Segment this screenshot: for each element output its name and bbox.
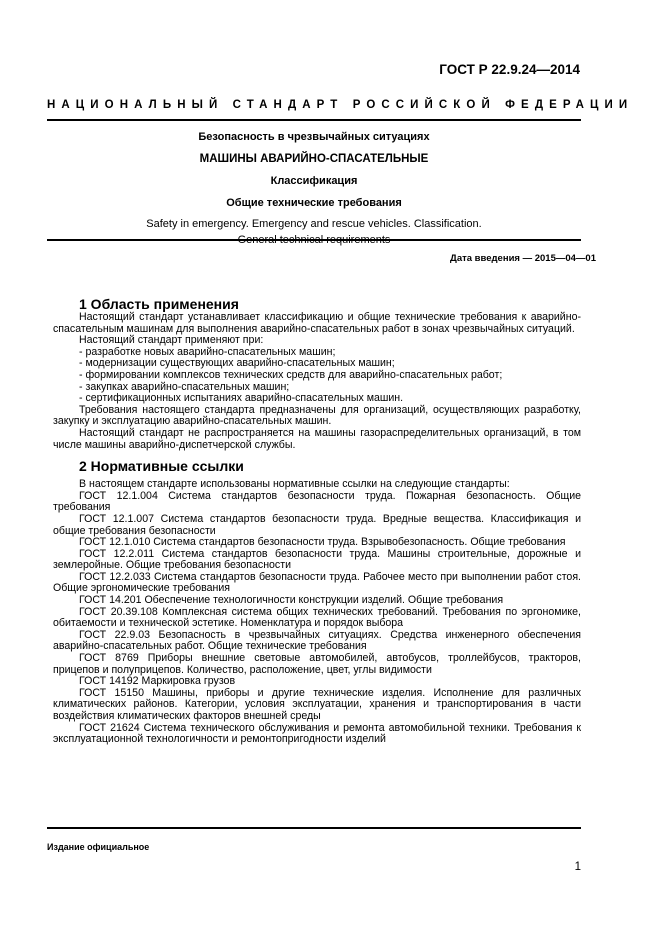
title-series: Безопасность в чрезвычайных ситуациях: [47, 130, 581, 144]
reference-item: ГОСТ 22.9.03 Безопасность в чрезвычайных…: [53, 630, 581, 653]
list-item: - сертификационных испытаниях аварийно-с…: [53, 393, 581, 405]
title-divider: [47, 239, 581, 241]
paragraph: Настоящий стандарт устанавливает классиф…: [53, 312, 581, 335]
reference-item: ГОСТ 15150 Машины, приборы и другие техн…: [53, 688, 581, 723]
reference-item: ГОСТ 12.2.033 Система стандартов безопас…: [53, 572, 581, 595]
reference-item: ГОСТ 14.201 Обеспечение технологичности …: [53, 595, 581, 607]
document-code: ГОСТ Р 22.9.24—2014: [439, 62, 580, 77]
document-body: 1 Область применения Настоящий стандарт …: [53, 296, 581, 746]
reference-item: ГОСТ 21624 Система технического обслужив…: [53, 723, 581, 746]
list-item: - формировании комплексов технических ср…: [53, 370, 581, 382]
paragraph: В настоящем стандарте использованы норма…: [53, 479, 581, 491]
title-main: МАШИНЫ АВАРИЙНО-СПАСАТЕЛЬНЫЕ: [47, 152, 581, 166]
reference-item: ГОСТ 8769 Приборы внешние световые автом…: [53, 653, 581, 676]
paragraph: Настоящий стандарт не распространяется н…: [53, 428, 581, 451]
introduction-date: Дата введения — 2015—04—01: [450, 253, 596, 264]
reference-item: ГОСТ 12.1.004 Система стандартов безопас…: [53, 491, 581, 514]
national-standard-banner: НАЦИОНАЛЬНЫЙ СТАНДАРТ РОССИЙСКОЙ ФЕДЕРАЦ…: [47, 99, 581, 111]
header-divider: [47, 119, 581, 121]
reference-item: ГОСТ 20.39.108 Комплексная система общих…: [53, 607, 581, 630]
footer-divider: [47, 827, 581, 829]
title-english-1: Safety in emergency. Emergency and rescu…: [47, 218, 581, 232]
page-number: 1: [575, 861, 581, 873]
paragraph: Требования настоящего стандарта предназн…: [53, 405, 581, 428]
section-heading-scope: 1 Область применения: [79, 296, 581, 312]
official-edition-label: Издание официальное: [47, 842, 149, 852]
document-page: ГОСТ Р 22.9.24—2014 НАЦИОНАЛЬНЫЙ СТАНДАР…: [0, 0, 661, 935]
title-sub2: Общие технические требования: [47, 196, 581, 210]
reference-item: ГОСТ 12.1.007 Система стандартов безопас…: [53, 514, 581, 537]
reference-item: ГОСТ 12.2.011 Система стандартов безопас…: [53, 549, 581, 572]
title-sub1: Классификация: [47, 174, 581, 188]
reference-item: ГОСТ 12.1.010 Система стандартов безопас…: [53, 537, 581, 549]
section-heading-references: 2 Нормативные ссылки: [79, 458, 581, 474]
title-block: Безопасность в чрезвычайных ситуациях МА…: [47, 130, 581, 247]
